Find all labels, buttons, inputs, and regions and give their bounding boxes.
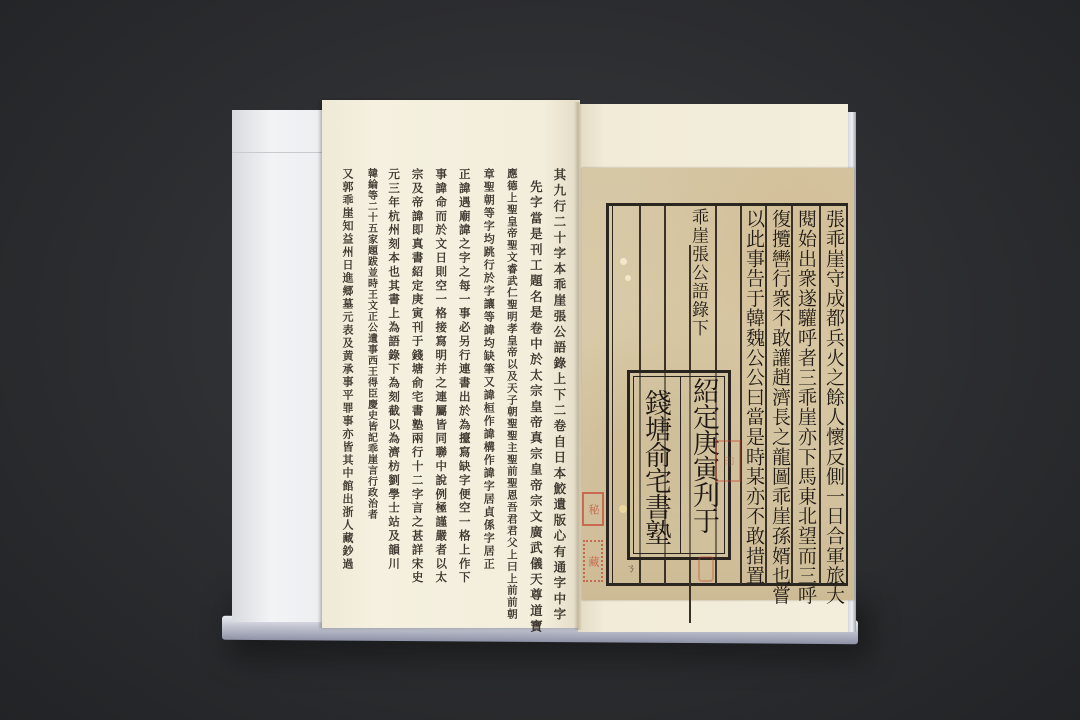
case-left-flap xyxy=(232,110,330,622)
handwritten-column: 元三年杭州刻本也其書上為語錄下為刻截以為濟枋劉學士站及韻川 xyxy=(383,168,405,608)
red-seal-stamp xyxy=(698,556,714,582)
book-gutter xyxy=(574,102,582,630)
printed-column: 以此事告于韓魏公公曰當是時某亦不敢措置 xyxy=(742,209,766,585)
handwritten-column: 事諱命而於文日則空一格接寫明并之連屬皆同聯中說例極謹嚴者以太 xyxy=(430,168,452,608)
handwritten-column: 宗及帝諱即真書紹定庚寅刊于錢塘俞宅書塾兩行十二字言之甚詳宋史 xyxy=(407,168,429,608)
handwritten-column: 其九行二十字本乖崖張公語錄上下二卷自日本鮫遺版心有通字中字 xyxy=(548,168,570,608)
red-seal-stamp: 印 xyxy=(715,440,741,482)
handwritten-column: 應德上聖皇帝聖文睿武仁聖明孝皇帝以及天子朝聖聖主聖前聖恩吾君君父上曰上前前朝 xyxy=(501,168,523,608)
handwritten-column: 韓綸等二十五家題跋並時王文正公遺事西王得臣慶史皆記乖崖言行政治者 xyxy=(360,168,382,608)
handwritten-column: 又郭乖崖知益州日進郷墓元表及黄承事平罪事亦皆其中館出浙人藏鈔過 xyxy=(336,168,358,608)
museum-display-scene: 其九行二十字本乖崖張公語錄上下二卷自日本鮫遺版心有通字中字 先字當是刊工題名是卷… xyxy=(0,0,1080,720)
border-inner-line xyxy=(612,206,613,583)
margin-mark: ㄋ xyxy=(626,560,636,575)
colophon-line-2: 錢塘俞宅書塾 xyxy=(638,389,672,545)
red-seal-stamp: 藏 xyxy=(583,540,603,582)
printed-column: 閱始出衆遂驩呼者三乖崖亦下馬東北望而三呼 xyxy=(794,209,818,605)
handwritten-column: 章聖朝等字均跳行於字讓等諱均缺筆又諱桓作諱構作諱字居貞係字居正 xyxy=(477,168,499,608)
red-seal-stamp: 秘 xyxy=(582,492,604,526)
handwritten-column: 正諱遇廟諱之字之每一事必另行連書出於為擡寫缺字便空一格上作下 xyxy=(454,168,476,608)
column-rule xyxy=(819,206,821,584)
printed-column: 復攬轡行衆不敢讙趙濟長之龍圖乖崖孫婿也嘗 xyxy=(768,209,792,605)
book-title-column: 乖崖張公語錄下 xyxy=(686,208,711,338)
colophon-divider xyxy=(680,376,681,554)
handwritten-column: 先字當是刊工題名是卷中於太宗皇帝真宗皇帝宗文廣武儀天尊道寶 xyxy=(524,168,546,608)
printed-column: 張乖崖守成都兵火之餘人懷反側一日合軍旅大 xyxy=(822,209,846,605)
case-fold-line xyxy=(232,152,328,153)
handwritten-text-block: 其九行二十字本乖崖張公語錄上下二卷自日本鮫遺版心有通字中字 先字當是刊工題名是卷… xyxy=(336,168,570,608)
